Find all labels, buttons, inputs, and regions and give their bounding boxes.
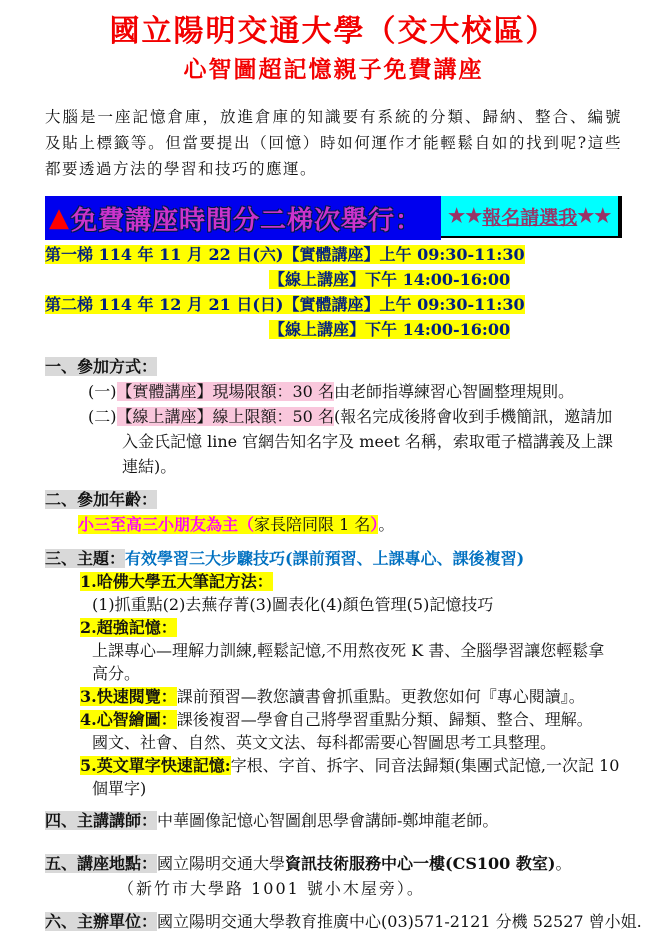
age-line-end: 。 bbox=[378, 515, 394, 534]
topic-title: 3.快速閱覽： bbox=[80, 687, 177, 706]
topic-title: 4.心智繪圖： bbox=[80, 710, 177, 729]
item-number: (一) bbox=[88, 382, 117, 401]
section-participation: 一、參加方式： (一)【實體講座】現場限額：30 名由老師指導練習心智圖整理規則… bbox=[45, 354, 622, 479]
location-text: 國立陽明交通大學 bbox=[157, 854, 285, 873]
location-building: 資訊技術服務中心一樓(CS100 教室) bbox=[285, 854, 555, 873]
section-heading-label: 三、主題： bbox=[45, 549, 125, 568]
item-number: (二) bbox=[88, 407, 117, 426]
schedule-list: 第一梯 114 年 11 月 22 日(六)【實體講座】上午 09:30-11:… bbox=[45, 242, 622, 342]
schedule-session: 第一梯 114 年 11 月 22 日(六) bbox=[45, 242, 284, 267]
section-topics: 三、主題：有效學習三大步驟技巧(課前預習、上課專心、課後複習) 1.哈佛大學五大… bbox=[45, 547, 622, 800]
topic-title: 1.哈佛大學五大筆記方法： bbox=[80, 572, 273, 591]
section-location: 五、講座地點：國立陽明交通大學資訊技術服務中心一樓(CS100 教室)。 （新竹… bbox=[45, 851, 622, 901]
topic-item-4: 4.心智繪圖：課後複習—學會自己將學習重點分類、歸類、整合、理解。 bbox=[80, 708, 622, 731]
topic-item-5: 5.英文單字快速記憶:字根、字首、拆字、同音法歸類(集團式記憶,一次記 10 bbox=[80, 754, 622, 777]
topic-title: 2.超強記憶： bbox=[80, 618, 177, 637]
schedule-session: 第二梯 114 年 12 月 21 日(日) bbox=[45, 292, 284, 317]
item-text: (報名完成後將會收到手機簡訊，邀請加 bbox=[334, 407, 612, 426]
topic-item-4-detail: 國文、社會、自然、英文文法、每科都需要心智圖思考工具整理。 bbox=[92, 731, 622, 754]
location-end: 。 bbox=[555, 854, 571, 873]
schedule-row-3: 第二梯 114 年 12 月 21 日(日)【實體講座】上午 09:30-11:… bbox=[45, 292, 622, 317]
organizer-line: 六、主辦單位：國立陽明交通大學教育推廣中心(03)571-2121 分機 525… bbox=[45, 909, 622, 933]
schedule-slot: 【實體講座】上午 09:30-11:30 bbox=[284, 245, 525, 264]
quota-highlight: 【線上講座】線上限額：50 名 bbox=[117, 407, 334, 426]
section-heading-1: 一、參加方式： bbox=[45, 354, 622, 379]
topic-item-5-detail: 個單字) bbox=[92, 777, 622, 800]
section-heading-label: 五、講座地點： bbox=[45, 854, 157, 873]
topic-text: 課前預習—教您讀書會抓重點。更教您如何『專心閱讀』。 bbox=[177, 687, 585, 706]
section-lecturer: 四、主講講師：中華圖像記憶心智圖創思學會講師-鄭坤龍老師。 bbox=[45, 808, 622, 833]
topic-text: 字根、字首、拆字、同音法歸類(集團式記憶,一次記 10 bbox=[231, 756, 620, 775]
topic-item-2-detail: 上課專心—理解力訓練,輕鬆記憶,不用熬夜死 K 書、全腦學習讓您輕鬆拿 bbox=[92, 639, 622, 662]
page-title: 國立陽明交通大學（交大校區） bbox=[45, 12, 622, 52]
topic-item-1: 1.哈佛大學五大筆記方法： bbox=[80, 570, 622, 593]
age-line: 小三至高三小朋友為主（家長陪同限 1 名）。 bbox=[78, 512, 622, 537]
intro-paragraph: 大腦是一座記憶倉庫，放進倉庫的知識要有系統的分類、歸納、整合、編號及貼上標籤等。… bbox=[45, 104, 622, 182]
schedule-banner: ▲ 免費講座時間分二梯次舉行： bbox=[45, 196, 441, 240]
page-subtitle: 心智圖超記憶親子免費講座 bbox=[45, 54, 622, 86]
participation-item-2-end: 連結)。 bbox=[122, 454, 622, 479]
section-organizer: 六、主辦單位：國立陽明交通大學教育推廣中心(03)571-2121 分機 525… bbox=[45, 909, 622, 933]
section-heading-label: 六、主辦單位： bbox=[45, 912, 157, 931]
participation-item-2: (二)【線上講座】線上限額：50 名(報名完成後將會收到手機簡訊，邀請加 bbox=[88, 404, 622, 429]
age-highlight-magenta: 小三至高三小朋友為主（ bbox=[78, 515, 254, 534]
location-line: 五、講座地點：國立陽明交通大學資訊技術服務中心一樓(CS100 教室)。 bbox=[45, 851, 622, 876]
register-link[interactable]: ★★報名請選我★★ bbox=[441, 196, 622, 238]
lecturer-text: 中華圖像記憶心智圖創思學會講師-鄭坤龍老師。 bbox=[157, 811, 498, 830]
topic-summary: 有效學習三大步驟技巧(課前預習、上課專心、課後複習) bbox=[125, 549, 524, 568]
lecturer-line: 四、主講講師：中華圖像記憶心智圖創思學會講師-鄭坤龍老師。 bbox=[45, 808, 622, 833]
section-age: 二、參加年齡： 小三至高三小朋友為主（家長陪同限 1 名）。 bbox=[45, 487, 622, 537]
topic-title: 5.英文單字快速記憶: bbox=[80, 756, 231, 775]
schedule-slot: 【線上講座】下午 14:00-16:00 bbox=[269, 320, 510, 339]
section-heading-label: 一、參加方式： bbox=[45, 357, 157, 376]
organizer-text: 國立陽明交通大學教育推廣中心(03)571-2121 分機 52527 曾小姐. bbox=[157, 912, 642, 931]
stars-right-icon: ★★ bbox=[577, 205, 611, 227]
participation-item-1: (一)【實體講座】現場限額：30 名由老師指導練習心智圖整理規則。 bbox=[88, 379, 622, 404]
section-heading-2: 二、參加年齡： bbox=[45, 487, 622, 512]
section-heading-label: 二、參加年齡： bbox=[45, 490, 157, 509]
triangle-icon: ▲ bbox=[49, 205, 69, 231]
schedule-row-1: 第一梯 114 年 11 月 22 日(六)【實體講座】上午 09:30-11:… bbox=[45, 242, 622, 267]
section-heading-label: 四、主講講師： bbox=[45, 811, 157, 830]
flyer-page: 國立陽明交通大學（交大校區） 心智圖超記憶親子免費講座 大腦是一座記憶倉庫，放進… bbox=[0, 0, 662, 933]
topic-item-3: 3.快速閱覽：課前預習—教您讀書會抓重點。更教您如何『專心閱讀』。 bbox=[80, 685, 622, 708]
age-highlight-black: 家長陪同限 1 名 bbox=[254, 515, 370, 534]
schedule-row-2: 【線上講座】下午 14:00-16:00 bbox=[269, 267, 622, 292]
section-heading-3: 三、主題：有效學習三大步驟技巧(課前預習、上課專心、課後複習) bbox=[45, 547, 622, 570]
schedule-slot: 【實體講座】上午 09:30-11:30 bbox=[284, 295, 525, 314]
topic-item-1-detail: (1)抓重點(2)去蕪存菁(3)圖表化(4)顏色管理(5)記憶技巧 bbox=[92, 593, 622, 616]
schedule-slot: 【線上講座】下午 14:00-16:00 bbox=[269, 270, 510, 289]
location-address: （新竹市大學路 1001 號小木屋旁）。 bbox=[118, 876, 622, 901]
register-link-label[interactable]: 報名請選我 bbox=[482, 203, 577, 230]
stars-left-icon: ★★ bbox=[448, 205, 482, 227]
item-text: 由老師指導練習心智圖整理規則。 bbox=[334, 382, 574, 401]
schedule-row-4: 【線上講座】下午 14:00-16:00 bbox=[269, 317, 622, 342]
banner-row: ▲ 免費講座時間分二梯次舉行： ★★報名請選我★★ bbox=[45, 196, 622, 240]
topic-item-2: 2.超強記憶： bbox=[80, 616, 622, 639]
quota-highlight: 【實體講座】現場限額：30 名 bbox=[117, 382, 334, 401]
topic-text: 課後複習—學會自己將學習重點分類、歸類、整合、理解。 bbox=[177, 710, 593, 729]
participation-item-2-cont: 入金氏記憶 line 官網告知名字及 meet 名稱，索取電子檔講義及上課 bbox=[122, 429, 622, 454]
topic-item-2-detail-cont: 高分。 bbox=[92, 662, 622, 685]
banner-title: 免費講座時間分二梯次舉行： bbox=[71, 200, 422, 237]
